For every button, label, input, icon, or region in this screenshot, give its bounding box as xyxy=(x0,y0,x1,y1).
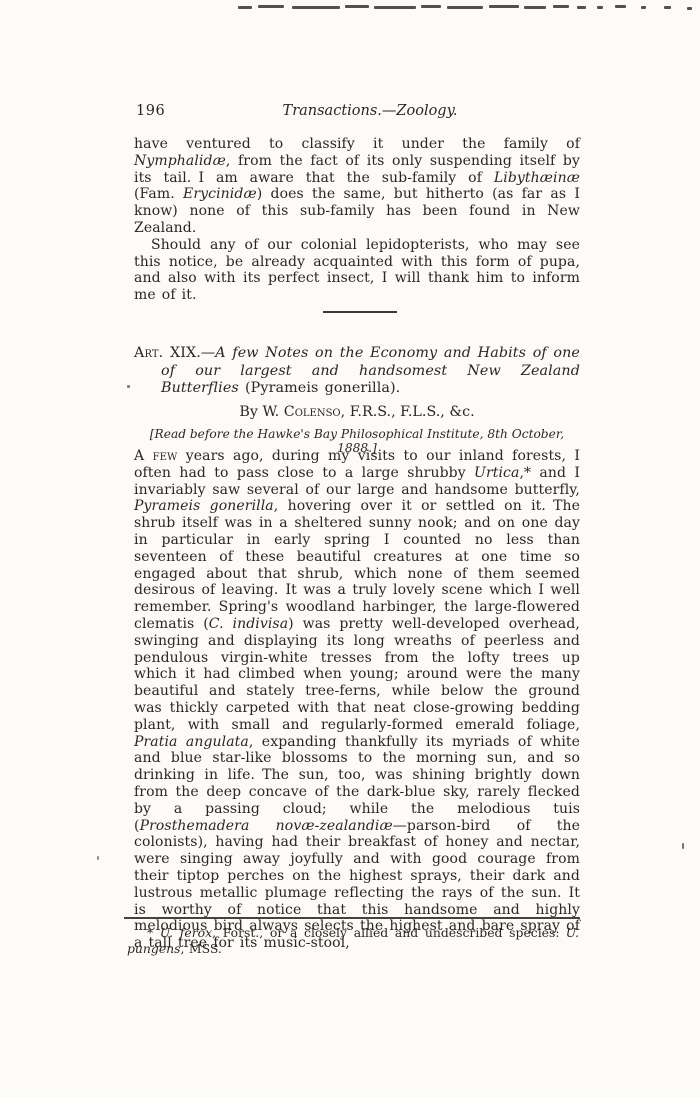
running-header: Transactions.—Zoology. xyxy=(240,103,500,119)
document-page: 196 Transactions.—Zoology. have ventured… xyxy=(0,0,700,1098)
scan-speck xyxy=(127,385,130,388)
scan-speck xyxy=(97,856,99,860)
article-heading: Art. XIX.—A few Notes on the Economy and… xyxy=(134,345,580,398)
footnote-rule xyxy=(124,917,580,919)
article-body-paragraph: A few years ago, during my visits to our… xyxy=(134,448,580,952)
paragraph: have ventured to classify it under the f… xyxy=(134,136,580,237)
continuation-text: have ventured to classify it under the f… xyxy=(134,136,580,304)
paragraph: Should any of our colonial lepidopterist… xyxy=(134,237,580,304)
article-byline: By W. Colenso, F.R.S., F.L.S., &c. xyxy=(134,404,580,420)
footnote: * U. ferox, Forst., or a closely allied … xyxy=(127,925,579,956)
scan-speck xyxy=(682,843,684,849)
article-heading-text: Art. XIX.—A few Notes on the Economy and… xyxy=(161,345,580,398)
section-divider-rule xyxy=(323,311,397,313)
page-number: 196 xyxy=(136,103,165,119)
